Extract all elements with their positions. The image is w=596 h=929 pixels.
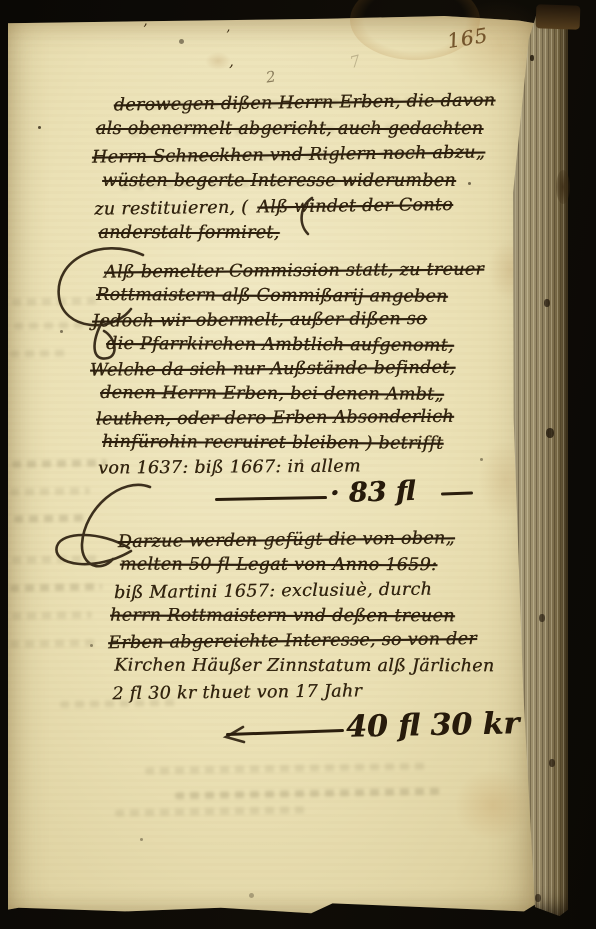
bleed-through-text [14, 514, 84, 522]
text-line: zu restituieren, (Alß windet der Conto [94, 191, 502, 222]
text-line: Alß bemelter Commission statt, zu treuer [104, 257, 502, 285]
text-line: die Pfarrkirchen Ambtlich aufgenomt, [106, 331, 502, 358]
text-line: Darzue werden gefügt die von oben„ [118, 526, 506, 556]
binding-corner [536, 4, 581, 30]
paper-stain [455, 770, 530, 840]
ink-specks [38, 126, 41, 129]
text-line-segment: Alß windet der Conto [257, 195, 453, 218]
bleed-through-text [10, 349, 70, 357]
text-line: wüsten begerte Interesse widerumben [102, 168, 502, 194]
text-line: leuthen, oder dero Erben Absonderlich [96, 404, 502, 432]
text-line: anderstalt formiret, [98, 220, 502, 246]
stray-ink-mark: 2 [265, 67, 277, 86]
text-line: von 1637: biß 1667: in allem [98, 453, 502, 481]
bleed-through-text [12, 297, 97, 305]
text-line: Erben abgereichte Interesse, so von der [108, 627, 506, 657]
paper-stain [205, 52, 231, 70]
text-line: Rottmaistern alß Commißarij angeben [96, 282, 502, 309]
fore-edge-specks [530, 55, 534, 61]
bleed-through-text [10, 639, 96, 647]
stray-ink-mark: ’ [143, 22, 147, 38]
text-line: biß Martini 1657: exclusiuè, durch [114, 576, 506, 606]
stray-ink-mark: ‚ [229, 52, 234, 70]
text-line: 2 fl 30 kr thuet von 17 Jahr [112, 678, 506, 708]
text-line: herrn Rottmaistern vnd deßen treuen [110, 604, 506, 630]
text-line: Kirchen Häußer Zinnstatum alß Järlichen [114, 654, 506, 680]
sum-amount-40fl30kr: 40 fl 30 kr [346, 706, 520, 745]
text-line: Welche da sich nur Außstände befindet, [90, 355, 502, 383]
paragraph-2: Alß bemelter Commission statt, zu treuer… [88, 259, 502, 480]
bleed-through-text [14, 321, 92, 329]
bleed-through-text [10, 487, 90, 495]
text-line: als obenermelt abgericht, auch gedachten [96, 116, 502, 142]
text-line: denen Herrn Erben, bei denen Ambt„ [100, 380, 502, 407]
manuscript-photo: 165 ’ ’ ‚ 2 7 derowegen dißen Herrn Erbe… [0, 0, 596, 929]
text-line: Jedoch wir obermelt, außer dißen so [92, 306, 502, 334]
stray-ink-mark: ’ [226, 28, 230, 43]
text-line: melten 50 fl Legat von Anno 1659: [120, 553, 506, 579]
paragraph-3: Darzue werden gefügt die von oben„ melte… [88, 527, 507, 706]
text-line-segment: zu restituieren, ( [94, 198, 248, 220]
paragraph-1: derowegen dißen Herrn Erben, die davon a… [92, 89, 503, 247]
text-line: Herrn Schneckhen vnd Riglern noch abzu„ [92, 139, 502, 170]
text-line: derowegen dißen Herrn Erben, die davon [114, 87, 502, 118]
sum-amount-83fl: · 83 fl [330, 476, 416, 509]
text-line: hinfürohin recruiret bleiben ) betrifft [102, 429, 502, 456]
binding-blemish [556, 170, 570, 204]
bleed-through-text [12, 611, 92, 619]
